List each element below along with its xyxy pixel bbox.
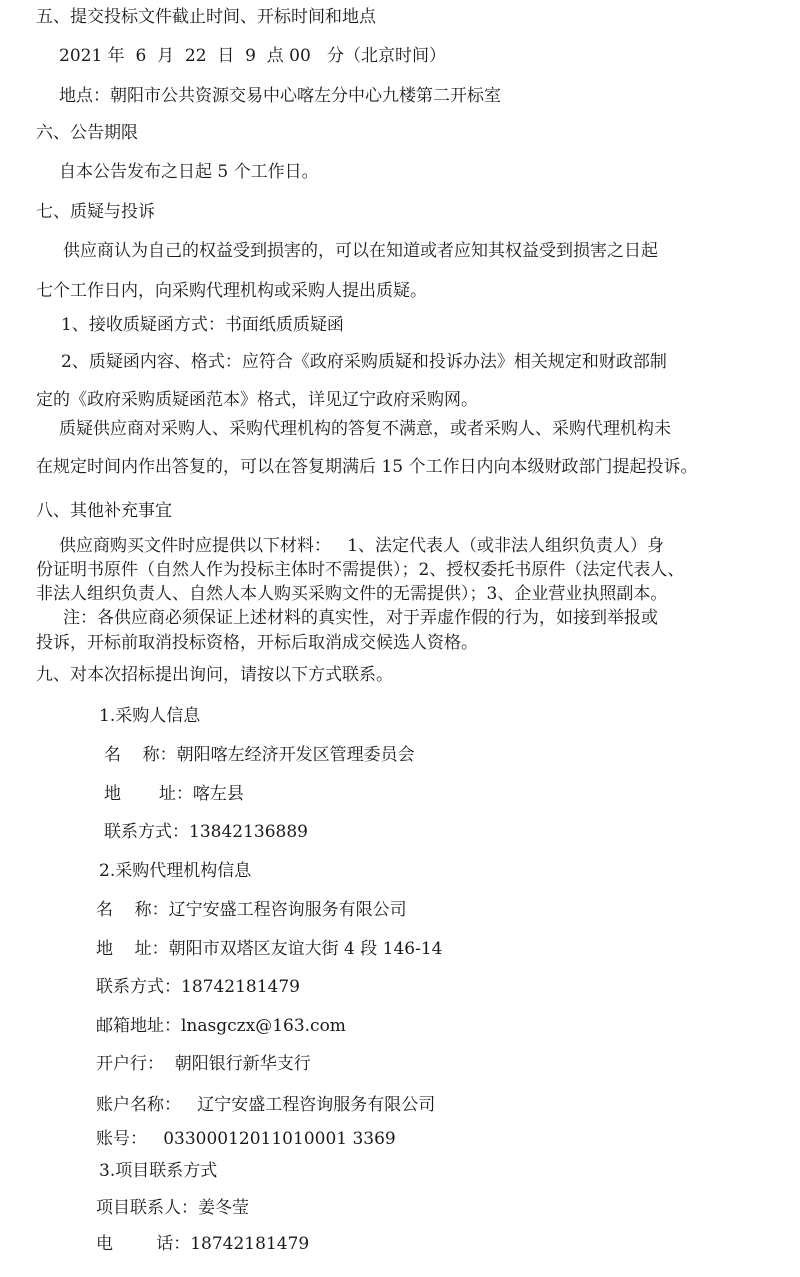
project-contact-heading: 3.项目联系方式 (99, 1160, 217, 1182)
complaint-paragraph-line-1: 质疑供应商对采购人、采购代理机构的答复不满意，或者采购人、采购代理机构未 (59, 418, 671, 440)
agency-bank: 开户行： 朝阳银行新华支行 (96, 1053, 311, 1075)
section-9-heading: 九、对本次招标提出询问，请按以下方式联系。 (36, 664, 393, 686)
agency-account-number: 账号： 03300012011010001 3369 (96, 1128, 396, 1150)
complaint-paragraph-line-2: 在规定时间内作出答复的，可以在答复期满后 15 个工作日内向本级财政部门提起投诉… (36, 456, 697, 478)
materials-line-1: 供应商购买文件时应提供以下材料： 1、法定代表人（或非法人组织负责人）身 (59, 535, 664, 557)
project-contact-phone: 电 话：18742181479 (96, 1233, 309, 1255)
note-line-2: 投诉，开标前取消投标资格，开标后取消成交候选人资格。 (36, 632, 478, 654)
challenge-paragraph-line-2: 七个工作日内，向采购代理机构或采购人提出质疑。 (36, 280, 427, 302)
bid-location: 地点：朝阳市公共资源交易中心喀左分中心九楼第二开标室 (59, 85, 501, 107)
bid-deadline-datetime: 2021 年 6 月 22 日 9 点 00 分（北京时间） (59, 45, 446, 67)
agency-phone: 联系方式：18742181479 (96, 976, 300, 998)
challenge-paragraph-line-1: 供应商认为自己的权益受到损害的，可以在知道或者应知其权益受到损害之日起 (63, 240, 658, 262)
agency-address: 地 址：朝阳市双塔区友谊大街 4 段 146-14 (96, 938, 442, 960)
agency-account-name: 账户名称： 辽宁安盛工程咨询服务有限公司 (96, 1094, 435, 1116)
agency-email: 邮箱地址：lnasgczx@163.com (96, 1015, 346, 1037)
section-6-heading: 六、公告期限 (36, 122, 138, 144)
agency-name: 名 称：辽宁安盛工程咨询服务有限公司 (96, 899, 407, 921)
project-contact-person: 项目联系人：姜冬莹 (96, 1197, 249, 1219)
notice-period: 自本公告发布之日起 5 个工作日。 (59, 161, 319, 183)
challenge-method: 1、接收质疑函方式：书面纸质质疑函 (61, 314, 344, 336)
purchaser-address: 地 址：喀左县 (104, 783, 244, 805)
agency-info-heading: 2.采购代理机构信息 (99, 860, 251, 882)
section-5-heading: 五、提交投标文件截止时间、开标时间和地点 (36, 6, 376, 28)
section-7-heading: 七、质疑与投诉 (36, 201, 155, 223)
materials-line-3: 非法人组织负责人、自然人本人购买采购文件的无需提供）；3、企业营业执照副本。 (36, 583, 667, 605)
purchaser-name: 名 称：朝阳喀左经济开发区管理委员会 (104, 744, 415, 766)
purchaser-info-heading: 1.采购人信息 (99, 705, 200, 727)
materials-line-2: 份证明书原件（自然人作为投标主体时不需提供）；2、授权委托书原件（法定代表人、 (36, 559, 684, 581)
challenge-format-line-1: 2、质疑函内容、格式：应符合《政府采购质疑和投诉办法》相关规定和财政部制 (61, 351, 667, 373)
note-line-1: 注：各供应商必须保证上述材料的真实性，对于弄虚作假的行为，如接到举报或 (63, 607, 658, 629)
section-8-heading: 八、其他补充事宜 (36, 500, 172, 522)
challenge-format-line-2: 定的《政府采购质疑函范本》格式，详见辽宁政府采购网。 (36, 389, 478, 411)
purchaser-phone: 联系方式：13842136889 (104, 821, 308, 843)
